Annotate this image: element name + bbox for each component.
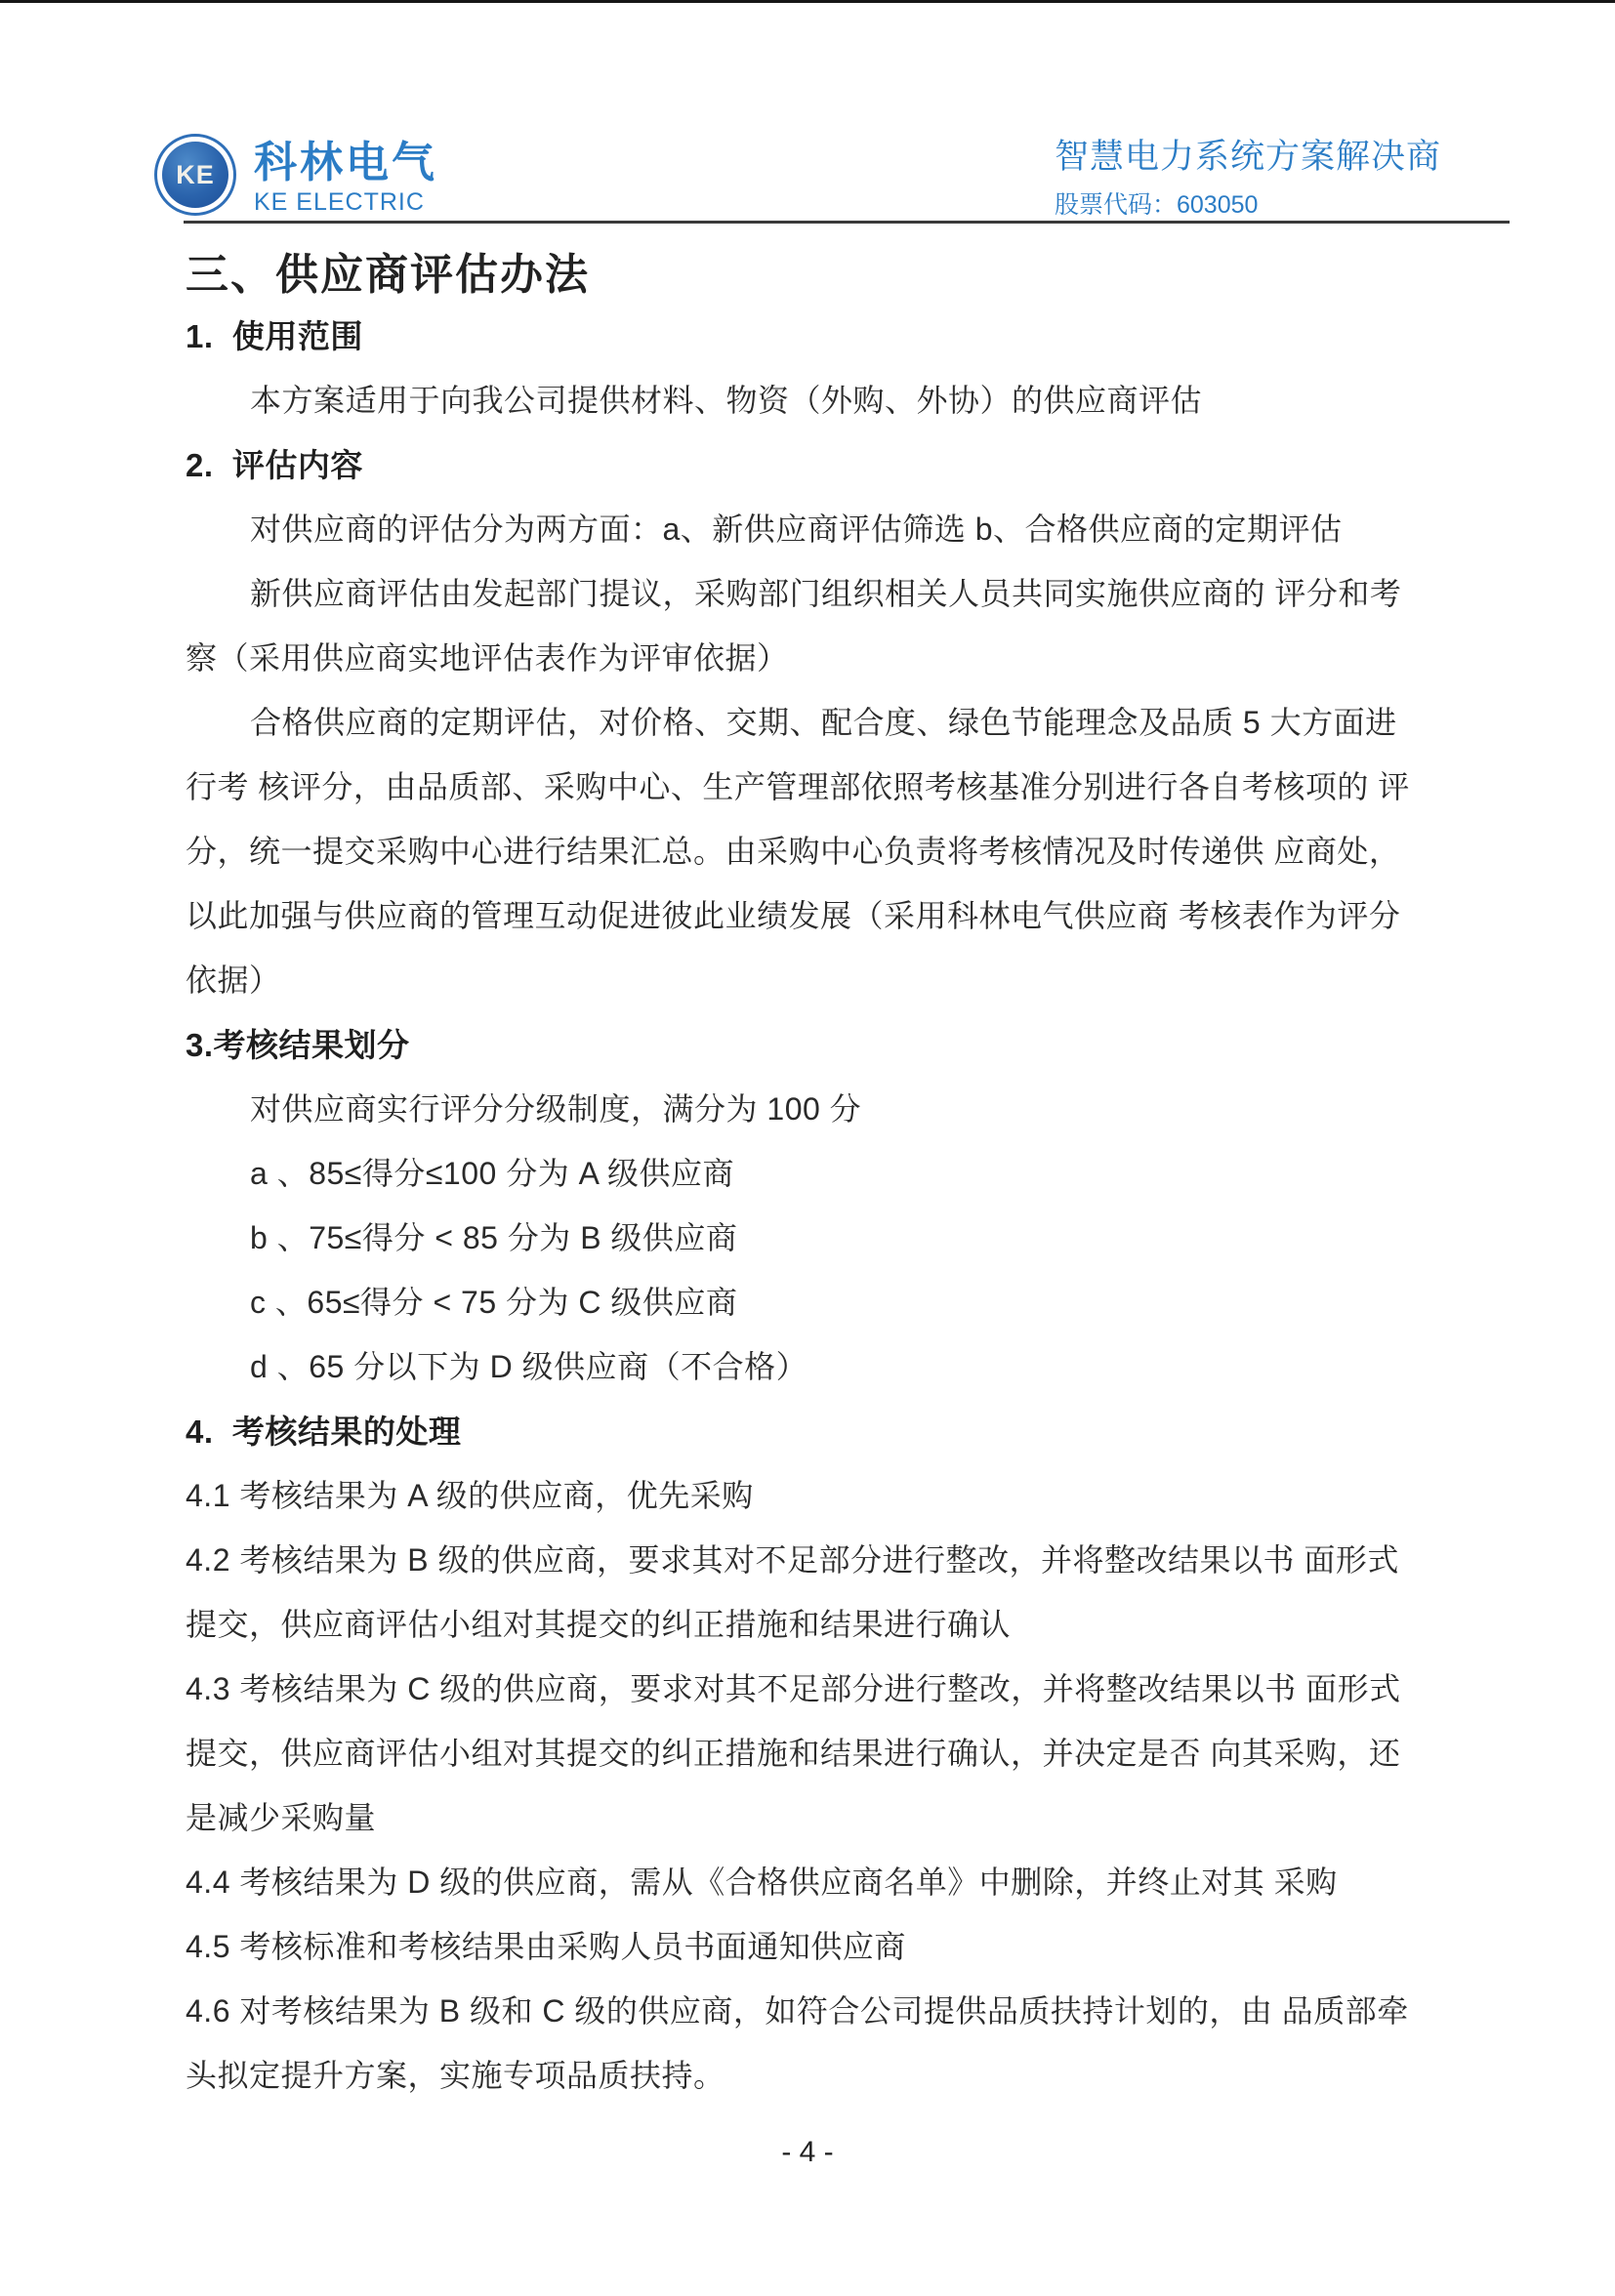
header-right: 智慧电力系统方案解决商 股票代码：603050 xyxy=(1055,138,1441,220)
doc-line: 对供应商实行评分分级制度，满分为 100 分 xyxy=(186,1075,1469,1139)
doc-line: 分，统一提交采购中心进行结果汇总。由采购中心负责将考核情况及时传递供 应商处， xyxy=(186,817,1469,881)
document-body: 1. 使用范围本方案适用于向我公司提供材料、物资（外购、外协）的供应商评估2. … xyxy=(0,302,1615,2106)
doc-line: 以此加强与供应商的管理互动促进彼此业绩发展（采用科林电气供应商 考核表作为评分 xyxy=(186,881,1469,946)
doc-line: 合格供应商的定期评估，对价格、交期、配合度、绿色节能理念及品质 5 大方面进 xyxy=(186,688,1469,753)
doc-line: 4.4 考核结果为 D 级的供应商，需从《合格供应商名单》中删除，并终止对其 采… xyxy=(186,1848,1469,1912)
document-page: KE 科林电气 KE ELECTRIC 智慧电力系统方案解决商 股票代码：603… xyxy=(0,0,1615,2296)
stock-code: 股票代码：603050 xyxy=(1055,190,1441,220)
ke-logo-disc: KE xyxy=(162,142,228,208)
logo-monogram: KE xyxy=(176,160,215,190)
doc-line: b 、75≤得分 < 85 分为 B 级供应商 xyxy=(186,1204,1469,1268)
header-divider xyxy=(184,221,1510,224)
doc-line: 4.3 考核结果为 C 级的供应商，要求对其不足部分进行整改，并将整改结果以书 … xyxy=(186,1655,1469,1719)
doc-line: 4.5 考核标准和考核结果由采购人员书面通知供应商 xyxy=(186,1912,1469,1977)
doc-line: 4.1 考核结果为 A 级的供应商，优先采购 xyxy=(186,1461,1469,1526)
doc-line: d 、65 分以下为 D 级供应商（不合格） xyxy=(186,1332,1469,1397)
doc-line: 4.2 考核结果为 B 级的供应商，要求其对不足部分进行整改，并将整改结果以书 … xyxy=(186,1526,1469,1590)
doc-line: 4.6 对考核结果为 B 级和 C 级的供应商，如符合公司提供品质扶持计划的，由… xyxy=(186,1977,1469,2041)
company-logo: KE 科林电气 KE ELECTRIC xyxy=(154,134,437,216)
doc-line: 行考 核评分，由品质部、采购中心、生产管理部依照考核基准分别进行各自考核项的 评 xyxy=(186,753,1469,817)
doc-line: 是减少采购量 xyxy=(186,1783,1469,1848)
section-heading: 4. 考核结果的处理 xyxy=(186,1397,1469,1461)
doc-line: c 、65≤得分 < 75 分为 C 级供应商 xyxy=(186,1268,1469,1332)
company-tagline: 智慧电力系统方案解决商 xyxy=(1055,138,1441,177)
doc-line: 头拟定提升方案，实施专项品质扶持。 xyxy=(186,2041,1469,2106)
doc-line: 提交，供应商评估小组对其提交的纠正措施和结果进行确认，并决定是否 向其采购，还 xyxy=(186,1719,1469,1783)
doc-line: 对供应商的评估分为两方面：a、新供应商评估筛选 b、合格供应商的定期评估 xyxy=(186,495,1469,559)
brand-name-en: KE ELECTRIC xyxy=(254,188,437,216)
section-heading: 3.考核结果划分 xyxy=(186,1010,1469,1075)
doc-line: 新供应商评估由发起部门提议，采购部门组织相关人员共同实施供应商的 评分和考 xyxy=(186,559,1469,624)
brand-name-cn: 科林电气 xyxy=(254,140,437,186)
page-header: KE 科林电气 KE ELECTRIC 智慧电力系统方案解决商 股票代码：603… xyxy=(0,3,1615,224)
brand-text: 科林电气 KE ELECTRIC xyxy=(254,134,437,216)
doc-line: 依据） xyxy=(186,946,1469,1010)
doc-line: 本方案适用于向我公司提供材料、物资（外购、外协）的供应商评估 xyxy=(186,366,1469,430)
ke-logo-icon: KE xyxy=(154,134,236,216)
page-number: - 4 - xyxy=(0,2133,1615,2172)
section-heading: 1. 使用范围 xyxy=(186,302,1469,366)
doc-line: a 、85≤得分≤100 分为 A 级供应商 xyxy=(186,1139,1469,1204)
section-heading: 2. 评估内容 xyxy=(186,430,1469,495)
document-title: 三、供应商评估办法 xyxy=(186,224,1459,302)
doc-line: 提交，供应商评估小组对其提交的纠正措施和结果进行确认 xyxy=(186,1590,1469,1655)
doc-line: 察（采用供应商实地评估表作为评审依据） xyxy=(186,624,1469,688)
